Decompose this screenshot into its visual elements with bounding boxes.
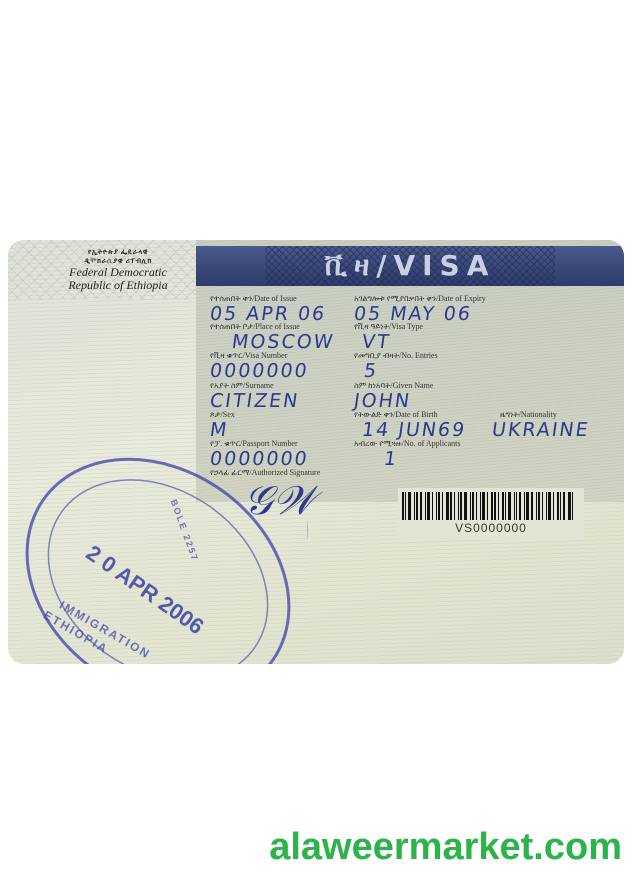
barcode: VS0000000 (398, 488, 584, 540)
field-surname: የአያት ስም/Surname CITIZEN (210, 381, 299, 411)
field-nationality: ዜግነት/Nationality UKRAINE (492, 410, 590, 440)
field-place-of-issue: የተሰጠበት ቦታ/Place of Issue MOSCOW (210, 322, 334, 352)
field-no-applicants: አብረው የሚጓዙ/No. of Applicants 1 (354, 439, 460, 469)
field-date-of-birth: የትውልድ ቀን/Date of Birth 14 JUN69 (354, 410, 466, 440)
visa-title: ቪዛ/VISA (265, 246, 556, 286)
field-given-name: ስም ከነአባት/Given Name JOHN (354, 381, 433, 411)
field-visa-type: የቪዛ ዓይነት/Visa Type VT (354, 322, 423, 352)
issuer-amharic-line1: የኢትዮጵያ ፌዴራላዊ (38, 248, 198, 257)
barcode-bars (402, 492, 580, 520)
visa-document: የኢትዮጵያ ፌዴራላዊ ዲሞክራሲያዊ ሪፐብሊክ Federal Democ… (8, 240, 624, 664)
field-no-entries: የመግቢያ ብዛት/No. Entries 5 (354, 351, 438, 381)
field-date-of-issue: የተሰጠበት ቀን/Date of Issue 05 APR 06 (210, 294, 326, 324)
field-sex: ጾታ/Sex M (210, 410, 235, 440)
issuer-block: የኢትዮጵያ ፌዴራላዊ ዲሞክራሲያዊ ሪፐብሊክ Federal Democ… (38, 248, 198, 292)
field-date-of-expiry: አገልግሎቱ የሚያበቃበት ቀን/Date of Expiry 05 MAY … (354, 294, 486, 324)
entry-stamp (8, 450, 308, 664)
field-visa-number: የቪዛ ቁጥር/Visa Number 0000000 (210, 351, 309, 381)
issuer-english-line2: Republic of Ethiopia (38, 279, 198, 292)
barcode-number: VS0000000 (398, 521, 584, 535)
watermark-text: alaweermarket.com (269, 826, 622, 869)
visa-banner: ቪዛ/VISA (196, 246, 624, 286)
